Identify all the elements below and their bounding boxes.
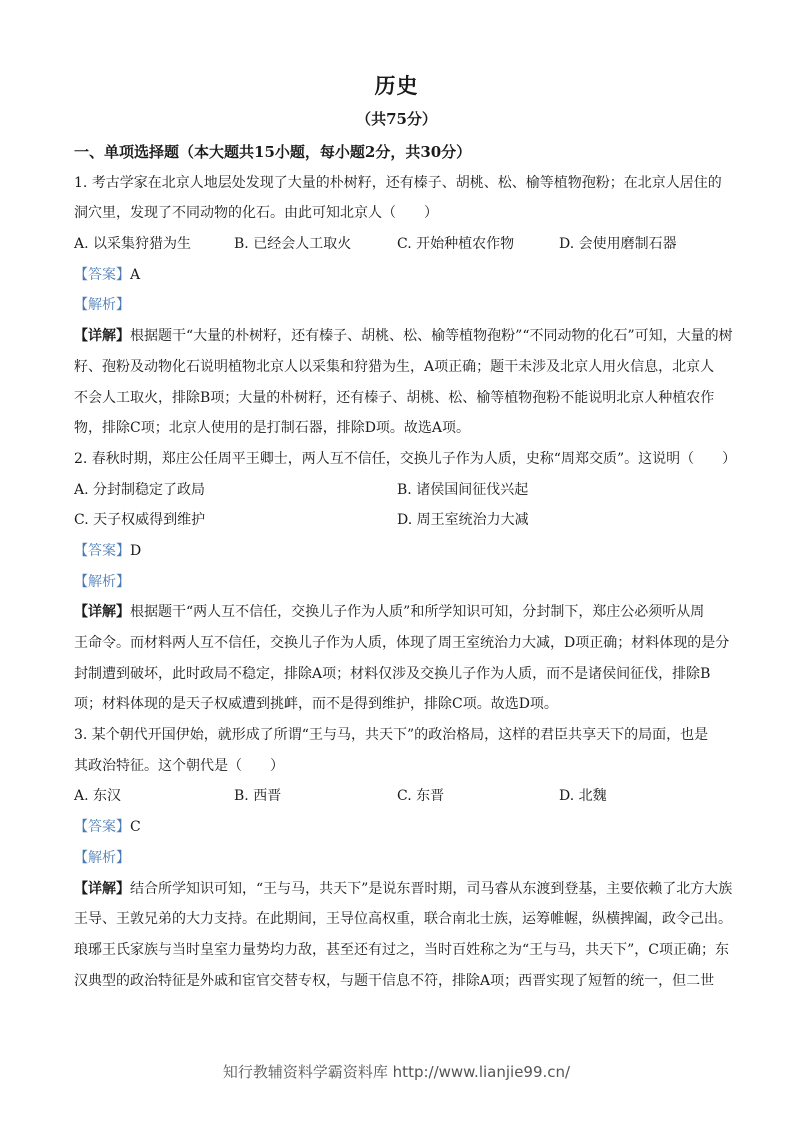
answer-value: C [130, 819, 141, 835]
detail-text: 根据题干“大量的朴树籽，还有榛子、胡桃、松、榆等植物孢粉”“不同动物的化石”可知… [130, 328, 733, 344]
option-a: A. 分封制稳定了政局 [74, 475, 397, 506]
option-d: D. 北魏 [559, 781, 607, 812]
detail-label: 【详解】 [74, 328, 130, 344]
question-stem: 3. 某个朝代开国伊始，就形成了所谓“王与马，共天下”的政治格局，这样的君臣共享… [74, 720, 722, 751]
options-row: A. 东汉 B. 西晋 C. 东晋 D. 北魏 [74, 781, 722, 812]
page-title: 历史 [0, 70, 793, 100]
option-d: D. 周王室统治力大减 [397, 505, 529, 536]
detail-line: 【详解】根据题干“大量的朴树籽，还有榛子、胡桃、松、榆等植物孢粉”“不同动物的化… [74, 321, 722, 352]
document-page: 历史 （共75分） 一、单项选择题（本大题共15小题，每小题2分，共30分） 1… [0, 0, 793, 1122]
options-row: A. 分封制稳定了政局 B. 诸侯国间征伐兴起 [74, 475, 722, 506]
detail-text: 结合所学知识可知，“王与马，共天下”是说东晋时期，司马睿从东渡到登基，主要依赖了… [130, 881, 732, 897]
detail-label: 【详解】 [74, 604, 130, 620]
detail-line: 王命令。而材料两人互不信任，交换儿子作为人质，体现了周王室统治力大减，D项正确；… [74, 628, 722, 659]
option-c: C. 天子权威得到维护 [74, 505, 397, 536]
detail-line: 【详解】结合所学知识可知，“王与马，共天下”是说东晋时期，司马睿从东渡到登基，主… [74, 874, 722, 905]
question-stem: 洞穴里，发现了不同动物的化石。由此可知北京人（ ） [74, 198, 722, 229]
options-row: C. 天子权威得到维护 D. 周王室统治力大减 [74, 505, 722, 536]
detail-text: 根据题干“两人互不信任，交换儿子作为人质”和所学知识可知，分封制下，郑庄公必须听… [130, 604, 704, 620]
analysis-label: 【解析】 [74, 290, 722, 321]
option-b: B. 已经会人工取火 [234, 229, 397, 260]
answer-value: D [130, 543, 141, 559]
page-subtitle: （共75分） [0, 108, 793, 129]
question-stem: 其政治特征。这个朝代是（ ） [74, 751, 722, 782]
option-d: D. 会使用磨制石器 [559, 229, 677, 260]
option-a: A. 东汉 [74, 781, 234, 812]
answer-row: 【答案】D [74, 536, 722, 567]
answer-row: 【答案】A [74, 260, 722, 291]
detail-line: 琅琊王氏家族与当时皇室力量势均力敌，甚至还有过之，当时百姓称之为“王与马，共天下… [74, 935, 722, 966]
option-c: C. 开始种植农作物 [397, 229, 559, 260]
answer-value: A [130, 267, 140, 283]
detail-line: 不会人工取火，排除B项；大量的朴树籽，还有榛子、胡桃、松、榆等植物孢粉不能说明北… [74, 383, 722, 414]
analysis-label: 【解析】 [74, 843, 722, 874]
detail-line: 籽、孢粉及动物化石说明植物北京人以采集和狩猎为生，A项正确；题干未涉及北京人用火… [74, 352, 722, 383]
question-stem: 1. 考古学家在北京人地层处发现了大量的朴树籽，还有榛子、胡桃、松、榆等植物孢粉… [74, 168, 722, 199]
answer-label: 【答案】 [74, 267, 130, 283]
option-a: A. 以采集狩猎为生 [74, 229, 234, 260]
detail-line: 项；材料体现的是天子权威遭到挑衅，而不是得到维护，排除C项。故选D项。 [74, 689, 722, 720]
detail-line: 封制遭到破坏，此时政局不稳定，排除A项；材料仅涉及交换儿子作为人质，而不是诸侯间… [74, 659, 722, 690]
question-2: 2. 春秋时期，郑庄公任周平王卿士，两人互不信任，交换儿子作为人质，史称“周郑交… [74, 444, 722, 720]
detail-line: 【详解】根据题干“两人互不信任，交换儿子作为人质”和所学知识可知，分封制下，郑庄… [74, 597, 722, 628]
question-3: 3. 某个朝代开国伊始，就形成了所谓“王与马，共天下”的政治格局，这样的君臣共享… [74, 720, 722, 996]
question-1: 1. 考古学家在北京人地层处发现了大量的朴树籽，还有榛子、胡桃、松、榆等植物孢粉… [74, 168, 722, 444]
option-b: B. 诸侯国间征伐兴起 [397, 475, 528, 506]
option-c: C. 东晋 [397, 781, 559, 812]
footer-watermark: 知行教辅资料学霸资料库 http://www.lianjie99.cn/ [0, 1061, 793, 1082]
section-heading: 一、单项选择题（本大题共15小题，每小题2分，共30分） [74, 137, 722, 168]
answer-label: 【答案】 [74, 543, 130, 559]
answer-row: 【答案】C [74, 812, 722, 843]
answer-label: 【答案】 [74, 819, 130, 835]
detail-line: 汉典型的政治特征是外戚和宦官交替专权，与题干信息不符，排除A项；西晋实现了短暂的… [74, 966, 722, 997]
content-body: 一、单项选择题（本大题共15小题，每小题2分，共30分） 1. 考古学家在北京人… [74, 137, 722, 996]
detail-label: 【详解】 [74, 881, 130, 897]
analysis-label: 【解析】 [74, 567, 722, 598]
option-b: B. 西晋 [234, 781, 397, 812]
question-stem: 2. 春秋时期，郑庄公任周平王卿士，两人互不信任，交换儿子作为人质，史称“周郑交… [74, 444, 722, 475]
detail-line: 物，排除C项；北京人使用的是打制石器，排除D项。故选A项。 [74, 413, 722, 444]
detail-line: 王导、王敦兄弟的大力支持。在此期间，王导位高权重，联合南北士族，运筹帷幄，纵横捭… [74, 904, 722, 935]
options-row: A. 以采集狩猎为生 B. 已经会人工取火 C. 开始种植农作物 D. 会使用磨… [74, 229, 722, 260]
